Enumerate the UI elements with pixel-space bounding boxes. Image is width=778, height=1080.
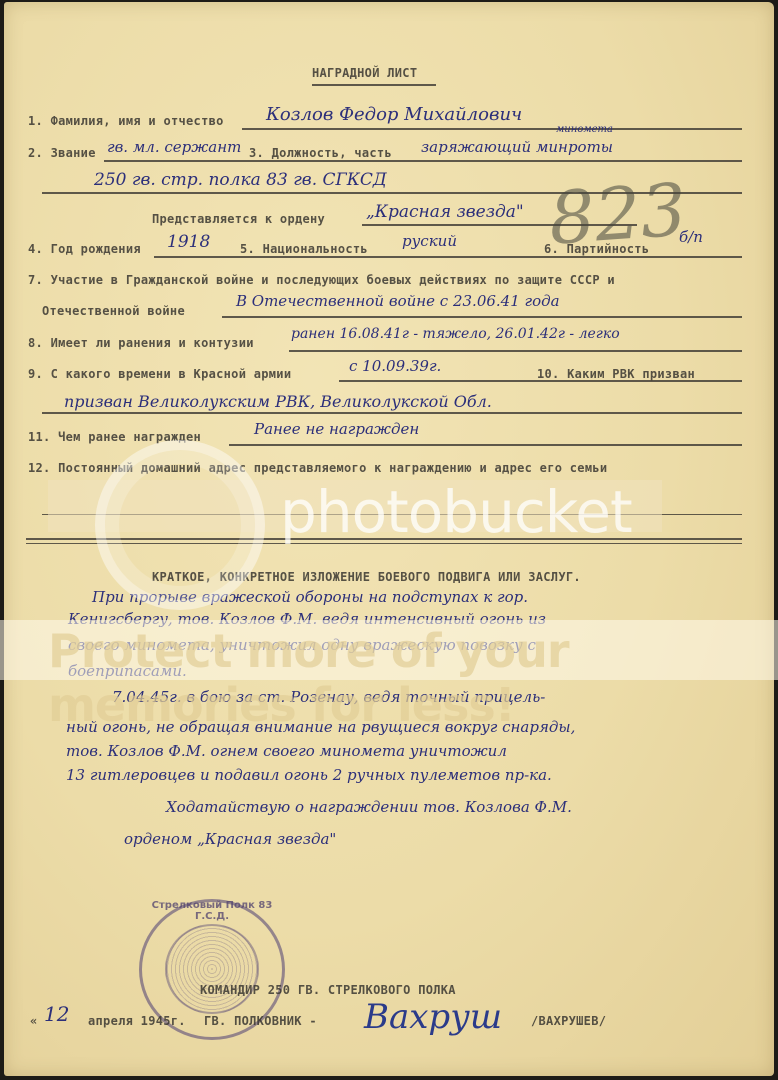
field-5-label: 5. Национальность (240, 242, 368, 256)
stamp-text: Стрелковый Полк 83 Г.С.Д. (142, 900, 282, 922)
field-4-value: 1918 (167, 232, 210, 252)
field-6-label: 6. Партийность (544, 242, 649, 256)
field-10-label: 10. Каким РВК призван (537, 367, 695, 381)
rank: ГВ. ПОЛКОВНИК - (204, 1014, 317, 1028)
field-7-line (222, 316, 742, 318)
field-1-label: 1. Фамилия, имя и отчество (28, 114, 224, 128)
field-10-line (42, 412, 742, 414)
watermark-slogan: Protect more of your memories for less! (48, 624, 778, 732)
field-4-label: 4. Год рождения (28, 242, 141, 256)
field-2-value: гв. мл. сержант (107, 138, 241, 156)
signer-name: /ВАХРУШЕВ/ (531, 1014, 606, 1028)
field-1-line (242, 128, 742, 130)
field-9-value: с 10.09.39г. (349, 357, 441, 375)
field-10-value: призван Великолукским РВК, Великолукской… (64, 392, 492, 411)
field-3-continuation: 250 гв. стр. полка 83 гв. СГКСД (94, 170, 387, 190)
field-9-10-line (339, 380, 742, 382)
field-7-label: 7. Участие в Гражданской войне и последу… (28, 273, 615, 287)
field-8-value: ранен 16.08.41г - тяжело, 26.01.42г - ле… (291, 326, 620, 342)
narrative-line: орденом „Красная звезда" (124, 830, 336, 848)
field-5-value: руский (402, 232, 457, 250)
signature: Вахруш (364, 997, 502, 1037)
field-6-value: б/п (679, 228, 703, 246)
narrative-line: Ходатайствую о награждении тов. Козлова … (166, 798, 572, 816)
emblem-icon (165, 924, 259, 1014)
photobucket-logo-icon (95, 440, 265, 610)
order-label: Представляется к ордену (152, 212, 325, 226)
narrative-line: тов. Козлов Ф.М. огнем своего миномета у… (66, 742, 507, 760)
field-9-label: 9. С какого времени в Красной армии (28, 367, 291, 381)
field-8-label: 8. Имеет ли ранения и контузии (28, 336, 254, 350)
field-3-value: заряжающий минроты (421, 138, 613, 156)
field-7-label-2: Отечественной войне (42, 304, 185, 318)
narrative-line: 13 гитлеровцев и подавил огонь 2 ручных … (66, 766, 552, 784)
title-underline (312, 84, 436, 86)
commander-title: КОМАНДИР 250 ГВ. СТРЕЛКОВОГО ПОЛКА (200, 983, 456, 997)
document-title: НАГРАДНОЙ ЛИСТ (312, 66, 417, 80)
field-3-annotation: миномета (556, 124, 613, 135)
date-open-quote: « (30, 1014, 38, 1028)
field-3-label: 3. Должность, часть (249, 146, 392, 160)
field-2-3-line (104, 160, 742, 162)
field-7-value: В Отечественной войне с 23.06.41 года (236, 292, 560, 310)
field-2-label: 2. Звание (28, 146, 96, 160)
field-4-6-line (154, 256, 742, 258)
date-day: 12 (44, 1002, 69, 1026)
field-8-line (289, 350, 742, 352)
date-rest: апреля 1945г. (88, 1014, 186, 1028)
watermark-brand: photobucket (280, 478, 632, 546)
field-1-value: Козлов Федор Михайлович (266, 104, 522, 125)
field-11-line (229, 444, 742, 446)
field-11-value: Ранее не награжден (254, 420, 419, 438)
order-value: „Красная звезда" (366, 202, 524, 222)
